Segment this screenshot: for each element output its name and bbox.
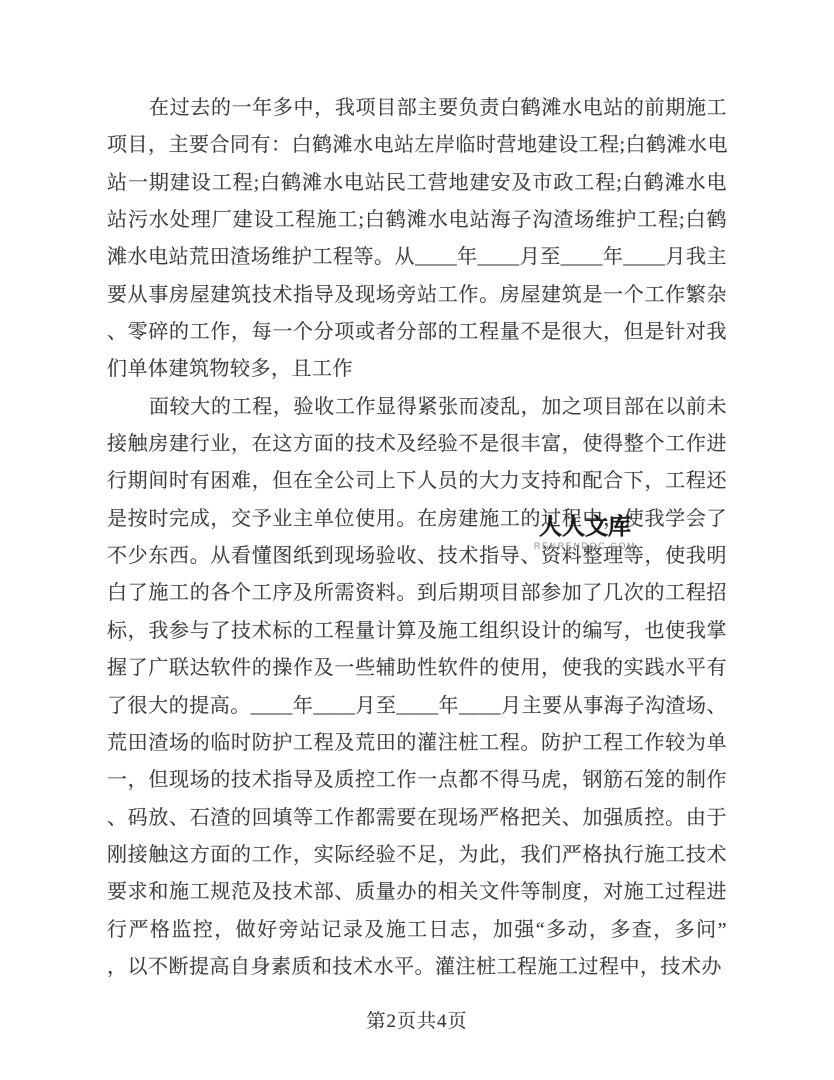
text-line: 不少东西。从看懂图纸到现场验收、技术指导、资料整理等，使我明 xyxy=(107,538,727,575)
text-line: 刚接触这方面的工作，实际经验不足，为此，我们严格执行施工技术 xyxy=(107,837,727,874)
text-line: 标，我参与了技术标的工程量计算及施工组织设计的编写，也使我掌 xyxy=(107,613,727,650)
document-page: 在过去的一年多中，我项目部主要负责白鹤滩水电站的前期施工项目，主要合同有：白鹤滩… xyxy=(0,0,834,1080)
text-line: 滩水电站荒田渣场维护工程等。从____年____月至____年____月我主 xyxy=(107,239,727,276)
text-line: 行严格监控，做好旁站记录及施工日志，加强“多动，多查，多问” xyxy=(107,912,727,949)
text-line: ，以不断提高自身素质和技术水平。灌注桩工程施工过程中，技术办 xyxy=(107,949,727,986)
text-line: 们单体建筑物较多，且工作 xyxy=(107,351,727,388)
text-line: 、零碎的工作，每一个分项或者分部的工程量不是很大，但是针对我 xyxy=(107,314,727,351)
text-line: 面较大的工程，验收工作显得紧张而凌乱，加之项目部在以前未 xyxy=(107,389,727,426)
text-line: 了很大的提高。____年____月至____年____月主要从事海子沟渣场、 xyxy=(107,688,727,725)
text-line: 握了广联达软件的操作及一些辅助性软件的使用，使我的实践水平有 xyxy=(107,650,727,687)
text-line: 站一期建设工程;白鹤滩水电站民工营地建安及市政工程;白鹤滩水电 xyxy=(107,165,727,202)
document-body: 在过去的一年多中，我项目部主要负责白鹤滩水电站的前期施工项目，主要合同有：白鹤滩… xyxy=(107,90,727,986)
text-line: 、码放、石渣的回填等工作都需要在现场严格把关、加强质控。由于 xyxy=(107,800,727,837)
text-line: 要求和施工规范及技术部、质量办的相关文件等制度，对施工过程进 xyxy=(107,874,727,911)
text-line: 行期间时有困难，但在全公司上下人员的大力支持和配合下，工程还 xyxy=(107,463,727,500)
text-line: 在过去的一年多中，我项目部主要负责白鹤滩水电站的前期施工 xyxy=(107,90,727,127)
text-line: 站污水处理厂建设工程施工;白鹤滩水电站海子沟渣场维护工程;白鹤 xyxy=(107,202,727,239)
text-line: 项目，主要合同有：白鹤滩水电站左岸临时营地建设工程;白鹤滩水电 xyxy=(107,127,727,164)
text-line: 接触房建行业，在这方面的技术及经验不是很丰富，使得整个工作进 xyxy=(107,426,727,463)
text-line: 荒田渣场的临时防护工程及荒田的灌注桩工程。防护工程工作较为单 xyxy=(107,725,727,762)
text-line: 是按时完成，交予业主单位使用。在房建施工的过程中，使我学会了 xyxy=(107,501,727,538)
text-line: 一，但现场的技术指导及质控工作一点都不得马虎，钢筋石笼的制作 xyxy=(107,762,727,799)
page-number-footer: 第2页共4页 xyxy=(0,1006,834,1033)
text-line: 白了施工的各个工序及所需资料。到后期项目部参加了几次的工程招 xyxy=(107,575,727,612)
text-line: 要从事房屋建筑技术指导及现场旁站工作。房屋建筑是一个工作繁杂 xyxy=(107,277,727,314)
